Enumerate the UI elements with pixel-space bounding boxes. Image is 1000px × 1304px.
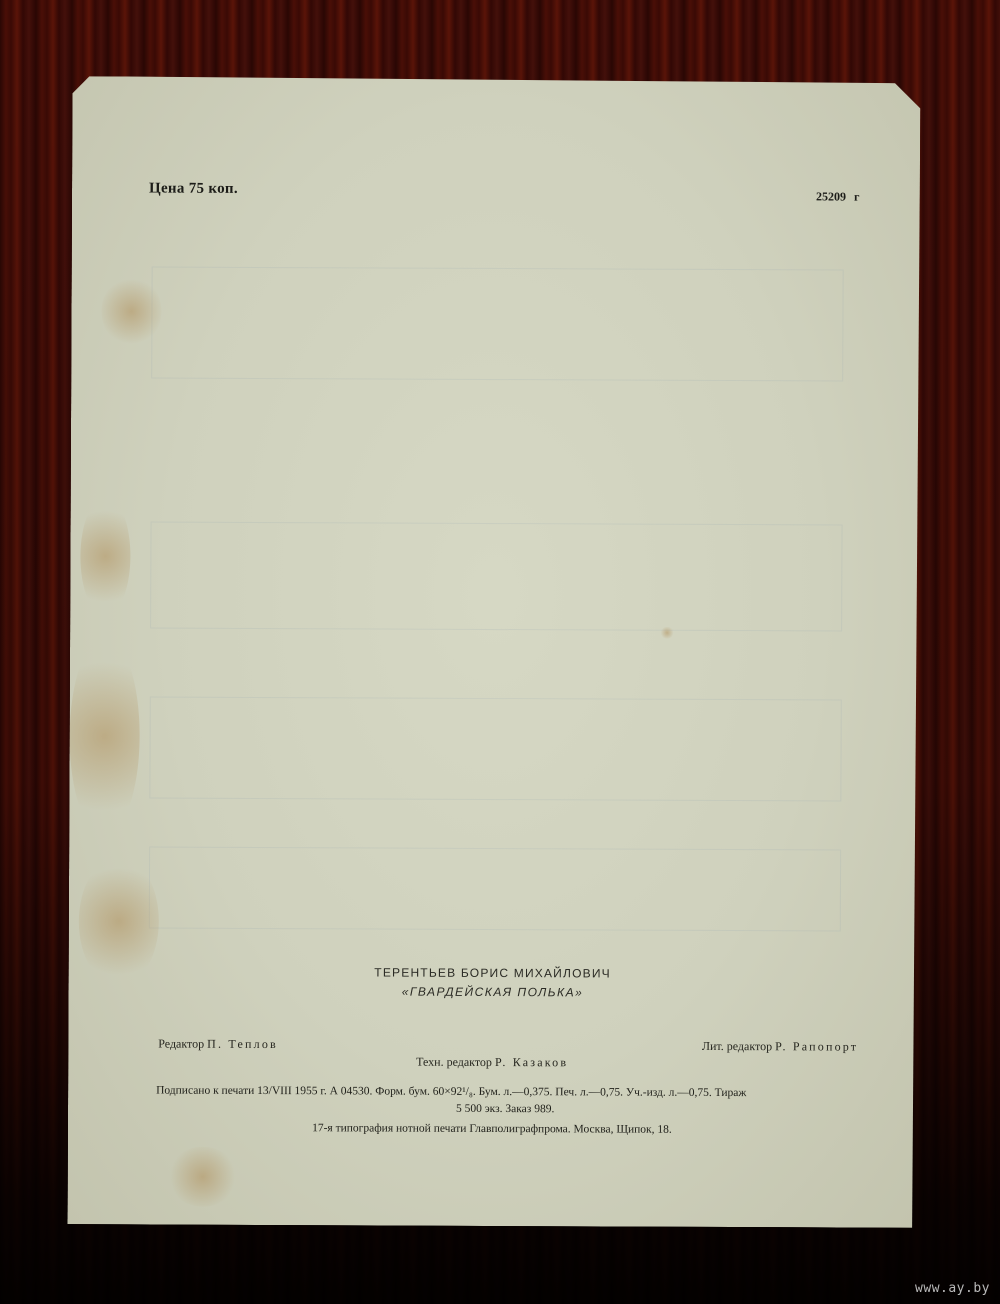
watermark: www.ay.by	[915, 1281, 990, 1296]
printer-info: 17-я типография нотной печати Главполигр…	[68, 1121, 916, 1137]
show-through-staff	[149, 846, 841, 931]
imprint-line-2: 5 500 экз. Заказ 989.	[156, 1100, 858, 1120]
catalog-number: 25209г	[816, 189, 860, 204]
work-title: «ГВАРДЕЙСКАЯ ПОЛЬКА»	[68, 983, 916, 1001]
stain	[101, 276, 161, 346]
editor-name: П. Теплов	[207, 1037, 278, 1051]
imprint-details: Подписано к печати 13/VIII 1955 г. А 045…	[156, 1083, 858, 1120]
lit-editor-name: Р. Рапопорт	[775, 1039, 858, 1053]
stain	[80, 496, 131, 616]
stain	[660, 627, 674, 639]
editor-label: Редактор	[158, 1037, 204, 1051]
document-page: Цена 75 коп. 25209г ТЕРЕНТЬЕВ БОРИС МИХА…	[67, 76, 920, 1228]
stain	[168, 1147, 238, 1207]
show-through-staff	[151, 267, 843, 382]
show-through-staff	[149, 696, 841, 801]
price-label: Цена 75 коп.	[149, 180, 238, 197]
catalog-number-value: 25209	[816, 189, 846, 203]
stain	[69, 636, 140, 836]
imprint-line-1: Подписано к печати 13/VIII 1955 г. А 045…	[156, 1085, 746, 1100]
lit-editor-label: Лит. редактор	[702, 1039, 772, 1053]
tech-editor-name: Р. Казаков	[495, 1055, 568, 1069]
catalog-mark: г	[854, 190, 860, 204]
tech-editor-label: Техн. редактор	[416, 1055, 492, 1069]
lit-editor-credit: Лит. редактор Р. Рапопорт	[702, 1039, 858, 1055]
tech-editor-credit: Техн. редактор Р. Казаков	[68, 1053, 916, 1072]
show-through-staff	[150, 522, 842, 632]
composer-name: ТЕРЕНТЬЕВ БОРИС МИХАЙЛОВИЧ	[69, 964, 917, 982]
editor-credit: Редактор П. Теплов	[158, 1037, 278, 1053]
